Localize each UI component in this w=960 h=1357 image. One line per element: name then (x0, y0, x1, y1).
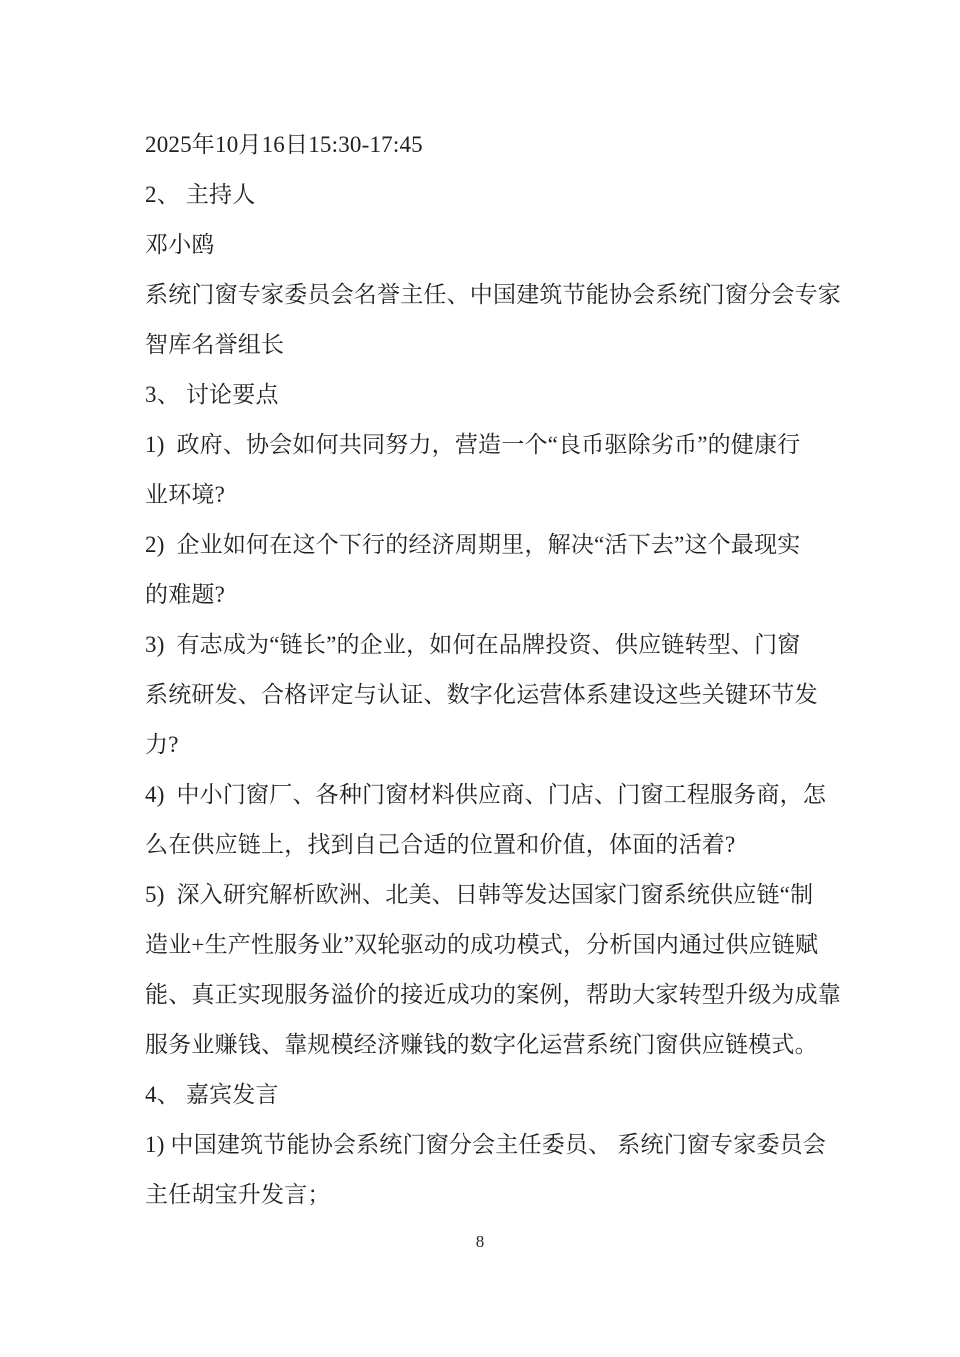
document-page: 2025年10月16日15:30-17:45 2、 主持人 邓小鸥 系统门窗专家… (0, 0, 960, 1357)
text-line: 邓小鸥 (145, 220, 845, 270)
text-line: 3) 有志成为“链长”的企业，如何在品牌投资、供应链转型、门窗 (145, 620, 845, 670)
text-line: 么在供应链上，找到自己合适的位置和价值，体面的活着? (145, 820, 845, 870)
text-line: 1) 政府、协会如何共同努力，营造一个“良币驱除劣币”的健康行 (145, 420, 845, 470)
text-line: 4、 嘉宾发言 (145, 1070, 845, 1120)
text-line: 能、真正实现服务溢价的接近成功的案例，帮助大家转型升级为成靠 (145, 970, 845, 1020)
text-line: 服务业赚钱、靠规模经济赚钱的数字化运营系统门窗供应链模式。 (145, 1020, 845, 1070)
text-line: 智库名誉组长 (145, 320, 845, 370)
text-line: 2025年10月16日15:30-17:45 (145, 120, 845, 170)
text-line: 1) 中国建筑节能协会系统门窗分会主任委员、 系统门窗专家委员会 (145, 1120, 845, 1170)
text-line: 主任胡宝升发言； (145, 1170, 845, 1220)
text-line: 力? (145, 720, 845, 770)
document-body: 2025年10月16日15:30-17:45 2、 主持人 邓小鸥 系统门窗专家… (145, 120, 845, 1220)
text-line: 3、 讨论要点 (145, 370, 845, 420)
text-line: 5) 深入研究解析欧洲、北美、日韩等发达国家门窗系统供应链“制 (145, 870, 845, 920)
text-line: 业环境? (145, 470, 845, 520)
text-line: 4) 中小门窗厂、各种门窗材料供应商、门店、门窗工程服务商，怎 (145, 770, 845, 820)
text-line: 造业+生产性服务业”双轮驱动的成功模式，分析国内通过供应链赋 (145, 920, 845, 970)
text-line: 系统门窗专家委员会名誉主任、中国建筑节能协会系统门窗分会专家 (145, 270, 845, 320)
text-line: 的难题? (145, 570, 845, 620)
text-line: 2、 主持人 (145, 170, 845, 220)
page-number: 8 (0, 1232, 960, 1252)
text-line: 2) 企业如何在这个下行的经济周期里，解决“活下去”这个最现实 (145, 520, 845, 570)
text-line: 系统研发、合格评定与认证、数字化运营体系建设这些关键环节发 (145, 670, 845, 720)
